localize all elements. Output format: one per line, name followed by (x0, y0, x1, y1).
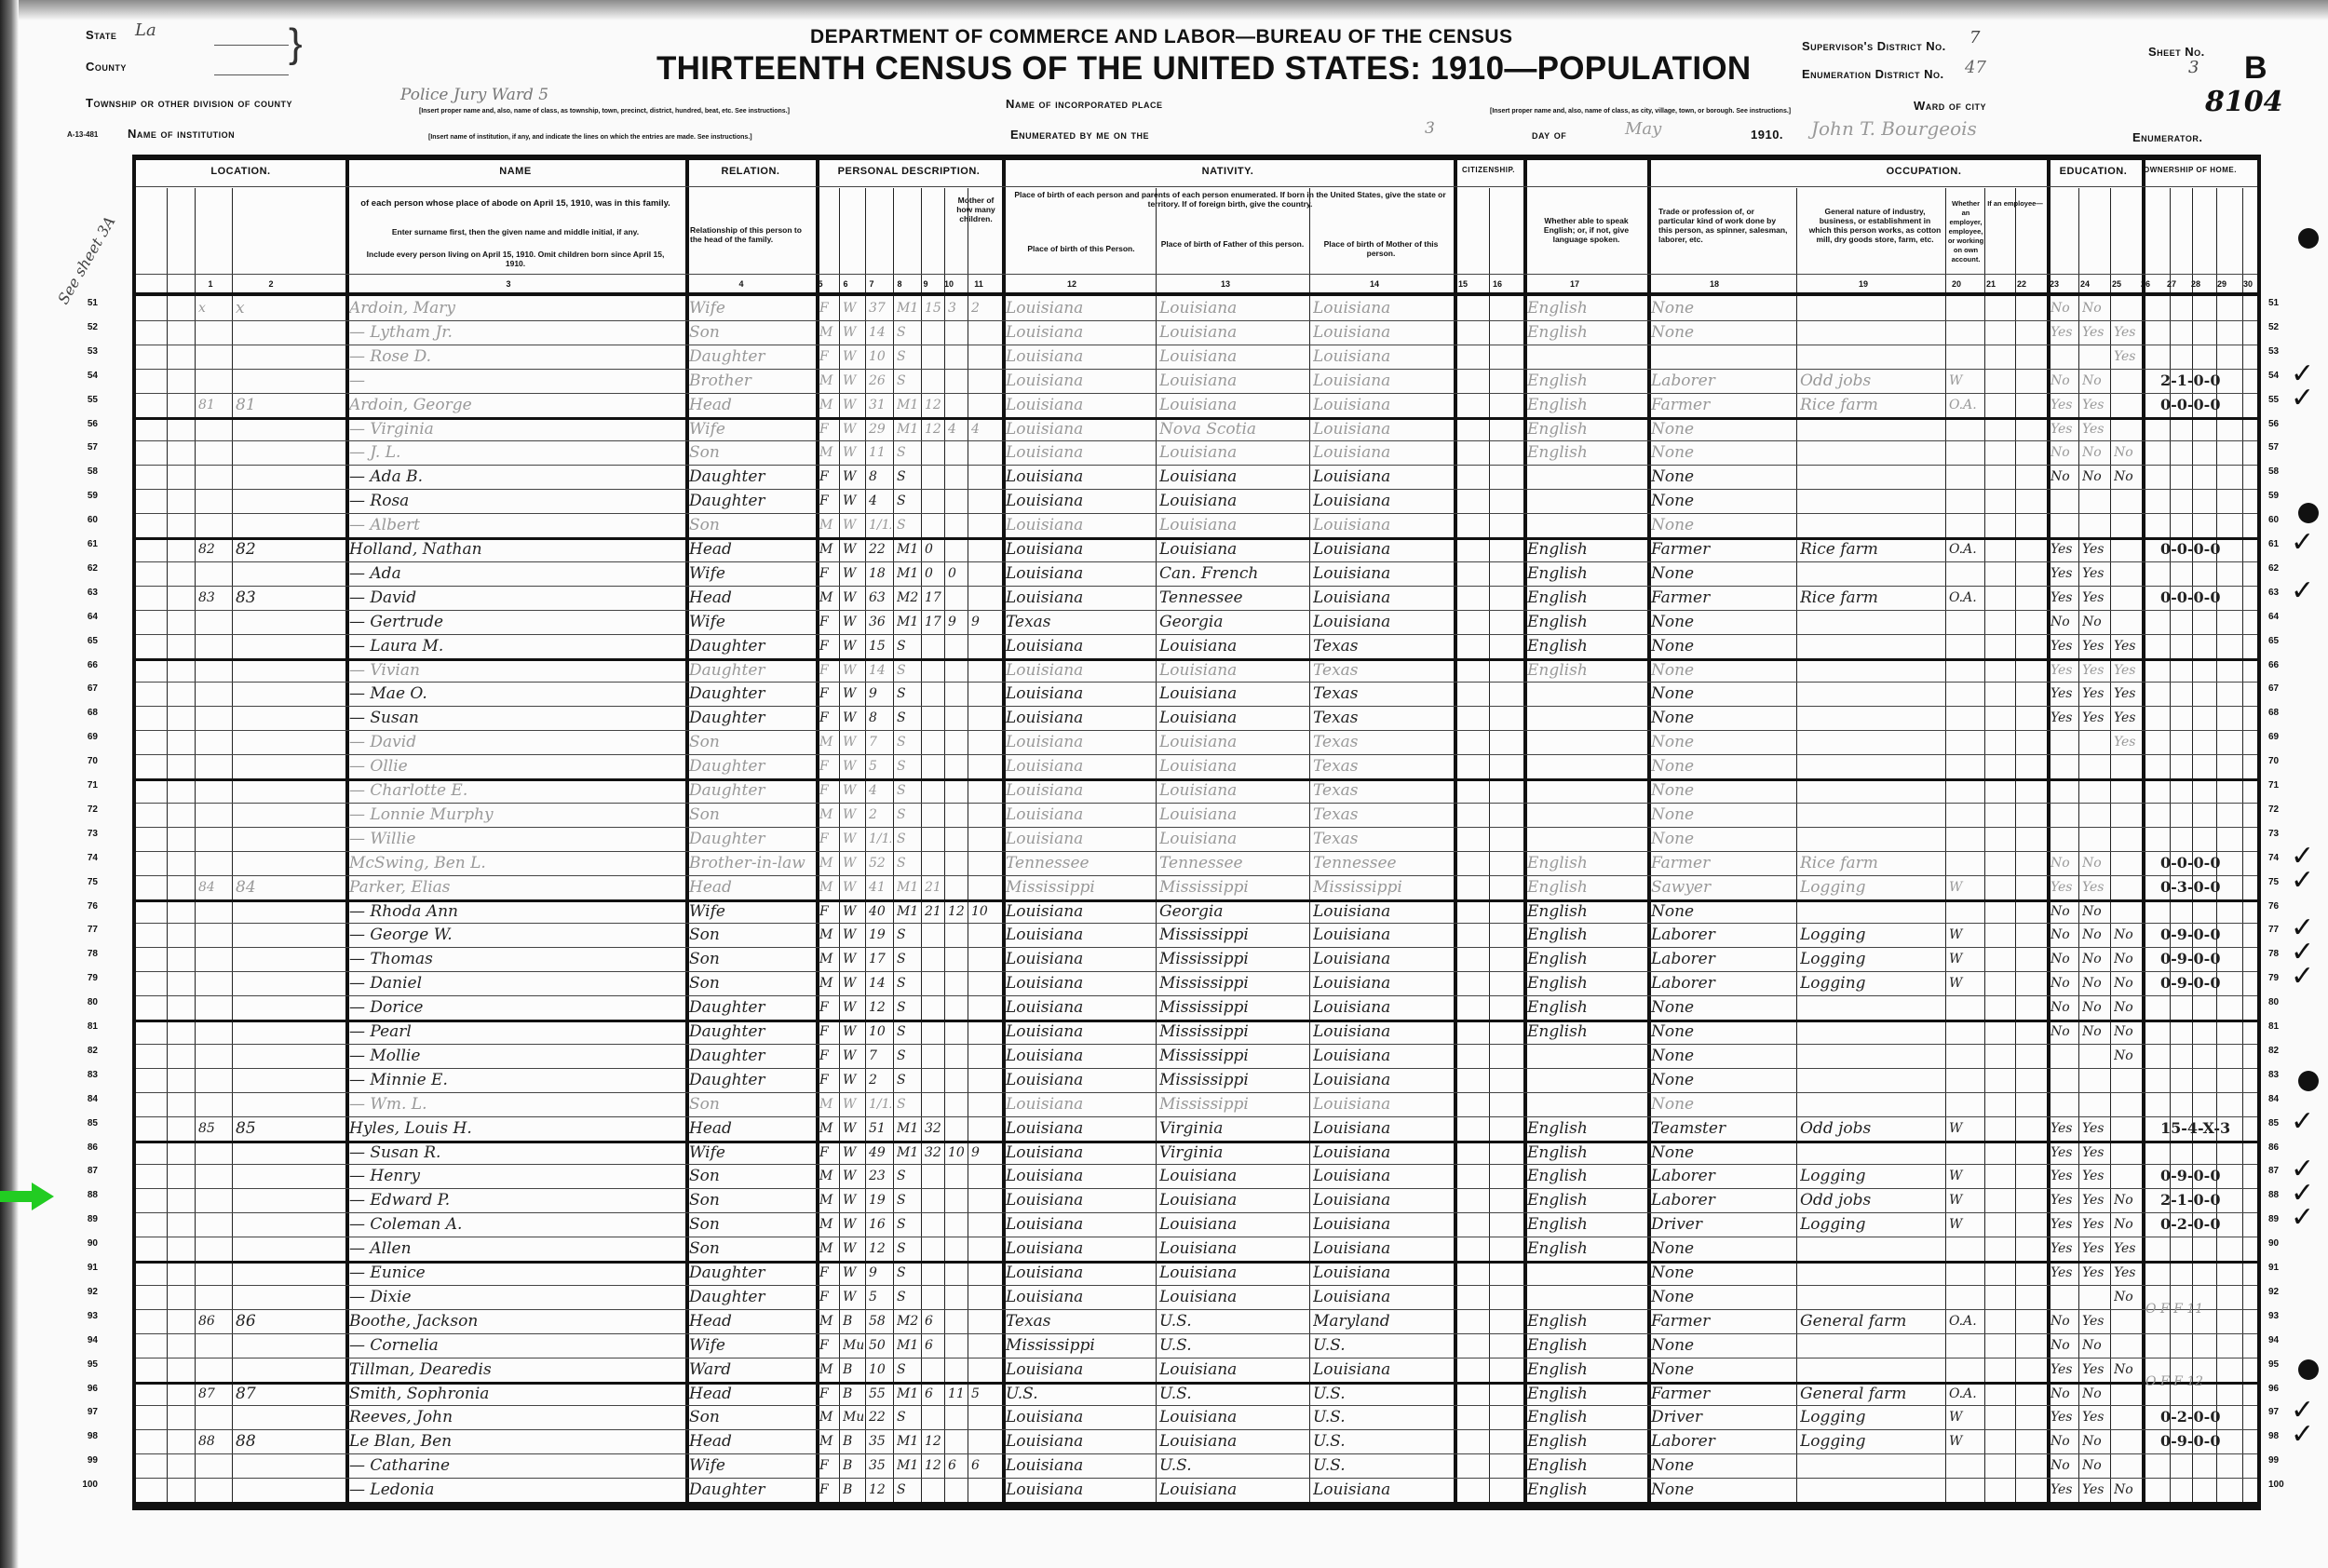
cell-write: Yes (2082, 682, 2108, 706)
line-number-left: 73 (70, 829, 98, 839)
cell-sex: F (819, 561, 837, 586)
cell-age: 55 (869, 1382, 891, 1406)
enumerated-day: 3 (1425, 119, 1435, 138)
cell-bp: Louisiana (1006, 417, 1154, 441)
line-number-left: 80 (70, 997, 98, 1007)
cell-name: Ardoin, Mary (349, 296, 684, 320)
cell-codes: 0-3-0-0 (2160, 875, 2220, 899)
cell-trade: None (1651, 706, 1794, 730)
cell-bpf: Mississippi (1159, 1068, 1307, 1092)
cell-age: 5 (869, 1285, 891, 1309)
cell-rel: Son (689, 1405, 814, 1429)
cell-race: W (843, 586, 863, 610)
cell-race: W (843, 634, 863, 658)
cell-name: Holland, Nathan (349, 537, 684, 561)
column-number: 26 (2132, 279, 2159, 289)
cell-bpm: Louisiana (1313, 1478, 1452, 1502)
column-divider (1984, 188, 1985, 1505)
cell-rel: Son (689, 440, 814, 465)
cell-race: W (843, 440, 863, 465)
cell-sex: F (819, 899, 837, 924)
cell-name: Tillman, Dearedis (349, 1358, 684, 1382)
cell-name: — David (349, 730, 684, 754)
cell-bp: Louisiana (1006, 754, 1154, 778)
cell-age: 37 (869, 296, 891, 320)
cell-bpf: Louisiana (1159, 1478, 1307, 1502)
cell-bpf: Louisiana (1159, 320, 1307, 345)
cell-rel: Head (689, 537, 814, 561)
cell-bp: Tennessee (1006, 851, 1154, 875)
cell-bpf: Louisiana (1159, 634, 1307, 658)
cell-trade: None (1651, 1478, 1794, 1502)
cell-ms: S (897, 1478, 919, 1502)
cell-bpm: Louisiana (1313, 440, 1452, 465)
cell-bp: Louisiana (1006, 1358, 1154, 1382)
cell-write: Yes (2082, 417, 2108, 441)
line-number-left: 60 (70, 515, 98, 525)
cell-lang: English (1527, 875, 1645, 899)
cell-rel: Son (689, 1212, 814, 1237)
cell-trade: None (1651, 1044, 1794, 1068)
cell-sex: M (819, 537, 837, 561)
cell-rel: Head (689, 1309, 814, 1333)
cell-lang: English (1527, 1212, 1645, 1237)
cell-ms: S (897, 369, 919, 393)
cell-bp: Louisiana (1006, 827, 1154, 851)
cell-bpf: Louisiana (1159, 537, 1307, 561)
cell-read: No (2051, 1020, 2077, 1044)
cell-bpm: Louisiana (1313, 417, 1452, 441)
cell-bpm: Texas (1313, 682, 1452, 706)
cell-trade: None (1651, 320, 1794, 345)
cell-name: Hyles, Louis H. (349, 1116, 684, 1141)
cell-emp: O.A. (1949, 537, 1983, 561)
cell-living: 9 (971, 1141, 1000, 1165)
cell-lang: English (1527, 995, 1645, 1020)
cell-age: 14 (869, 971, 891, 995)
cell-name: — (349, 369, 684, 393)
cell-age: 35 (869, 1453, 891, 1478)
cell-bp: Louisiana (1006, 1212, 1154, 1237)
cell-dw: 84 (198, 875, 230, 899)
line-number-left: 82 (70, 1046, 98, 1056)
cell-age: 16 (869, 1212, 891, 1237)
cell-lang: English (1527, 1405, 1645, 1429)
line-number-right: 90 (2268, 1238, 2296, 1249)
cell-race: W (843, 971, 863, 995)
cell-ms: S (897, 1358, 919, 1382)
line-number-right: 84 (2268, 1094, 2296, 1104)
employer-header: Whether an employer, employee, or workin… (1947, 199, 1984, 264)
cell-read: Yes (2051, 537, 2077, 561)
cell-trade: Sawyer (1651, 875, 1794, 899)
cell-bpm: U.S. (1313, 1429, 1452, 1453)
line-number-right: 62 (2268, 563, 2296, 574)
cell-bpf: U.S. (1159, 1333, 1307, 1358)
cell-school: No (2114, 1044, 2140, 1068)
cell-bpf: Louisiana (1159, 296, 1307, 320)
language-header: Whether able to speak English; or, if no… (1528, 216, 1644, 244)
cell-school: Yes (2114, 730, 2140, 754)
cell-trade: Farmer (1651, 393, 1794, 417)
county-line (214, 74, 289, 75)
cell-codes: 2-1-0-0 (2160, 1188, 2220, 1212)
cell-bp: Texas (1006, 1309, 1154, 1333)
cell-sex: F (819, 682, 837, 706)
line-number-left: 96 (70, 1384, 98, 1394)
cell-name: Ardoin, George (349, 393, 684, 417)
cell-trade: None (1651, 754, 1794, 778)
cell-bpm: U.S. (1313, 1333, 1452, 1358)
cell-trade: None (1651, 1141, 1794, 1165)
cell-name: — Susan R. (349, 1141, 684, 1165)
cell-yrs: 0 (925, 561, 942, 586)
cell-age: 58 (869, 1309, 891, 1333)
cell-sex: F (819, 465, 837, 489)
cell-lang: English (1527, 634, 1645, 658)
cell-bpf: Mississippi (1159, 875, 1307, 899)
cell-bpm: U.S. (1313, 1405, 1452, 1429)
name-instruction-2: Enter surname first, then the given name… (359, 227, 671, 237)
cell-yrs: 21 (925, 875, 942, 899)
cell-school: No (2114, 947, 2140, 971)
cell-ms: S (897, 320, 919, 345)
cell-school: Yes (2114, 634, 2140, 658)
cell-school: No (2114, 995, 2140, 1020)
cell-sex: M (819, 369, 837, 393)
cell-dw: 87 (198, 1382, 230, 1406)
cell-school: No (2114, 1212, 2140, 1237)
cell-rel: Ward (689, 1358, 814, 1382)
cell-trade: None (1651, 682, 1794, 706)
column-number: 2 (257, 279, 285, 289)
cell-trade: None (1651, 1261, 1794, 1285)
header-rule (136, 186, 2257, 187)
cell-ms: M1 (897, 417, 919, 441)
cell-bpf: Tennessee (1159, 851, 1307, 875)
cell-sex: M (819, 1237, 837, 1261)
cell-read: Yes (2051, 1164, 2077, 1188)
cell-age: 22 (869, 1405, 891, 1429)
cell-race: B (843, 1382, 863, 1406)
column-divider (195, 188, 196, 1505)
cell-name: — Mollie (349, 1044, 684, 1068)
cell-bpm: Louisiana (1313, 369, 1452, 393)
cell-fam: x (236, 296, 344, 320)
cell-age: 63 (869, 586, 891, 610)
cell-trade: Farmer (1651, 586, 1794, 610)
cell-born: 9 (948, 610, 966, 634)
cell-write: Yes (2082, 1309, 2108, 1333)
column-divider (1156, 188, 1157, 1505)
cell-ind: Logging (1800, 1212, 1943, 1237)
cell-write: No (2082, 1333, 2108, 1358)
cell-trade: None (1651, 1285, 1794, 1309)
line-number-left: 93 (70, 1311, 98, 1321)
line-number-left: 75 (70, 877, 98, 887)
cell-sex: M (819, 1358, 837, 1382)
section-ownership: OWNERSHIP OF HOME. (2144, 166, 2237, 174)
cell-race: W (843, 320, 863, 345)
line-number-right: 66 (2268, 660, 2296, 670)
cell-age: 26 (869, 369, 891, 393)
cell-rel: Son (689, 923, 814, 947)
cell-trade: None (1651, 995, 1794, 1020)
line-number-left: 88 (70, 1190, 98, 1200)
cell-sex: F (819, 1478, 837, 1502)
cell-bpm: Mississippi (1313, 875, 1452, 899)
cell-name: — Gertrude (349, 610, 684, 634)
cell-ms: S (897, 1020, 919, 1044)
cell-trade: Laborer (1651, 923, 1794, 947)
cell-name: — Dixie (349, 1285, 684, 1309)
cell-name: — Laura M. (349, 634, 684, 658)
cell-write: Yes (2082, 1478, 2108, 1502)
column-number: 30 (2234, 279, 2262, 289)
cell-bpm: Louisiana (1313, 1358, 1452, 1382)
cell-school: No (2114, 1358, 2140, 1382)
cell-read: No (2051, 995, 2077, 1020)
cell-trade: Laborer (1651, 1188, 1794, 1212)
scan-left-edge (0, 0, 19, 1568)
cell-ind: Odd jobs (1800, 1188, 1943, 1212)
column-number: 12 (1058, 279, 1086, 289)
column-divider (1796, 188, 1797, 1505)
cell-bpf: Louisiana (1159, 778, 1307, 803)
cell-bp: Louisiana (1006, 730, 1154, 754)
cell-age: 31 (869, 393, 891, 417)
cell-name: — Rhoda Ann (349, 899, 684, 924)
cell-name: — Lytham Jr. (349, 320, 684, 345)
cell-ms: S (897, 345, 919, 369)
cell-bpf: Louisiana (1159, 345, 1307, 369)
cell-write: No (2082, 851, 2108, 875)
cell-bp: Louisiana (1006, 1285, 1154, 1309)
cell-name: — Rose D. (349, 345, 684, 369)
cell-bpm: Louisiana (1313, 1164, 1452, 1188)
cell-bpf: Mississippi (1159, 923, 1307, 947)
cell-rel: Son (689, 971, 814, 995)
cell-read: No (2051, 369, 2077, 393)
cell-race: W (843, 393, 863, 417)
column-number: 1 (196, 279, 224, 289)
cell-fam: 86 (236, 1309, 344, 1333)
cell-bp: Louisiana (1006, 296, 1154, 320)
cell-bpf: Louisiana (1159, 1261, 1307, 1285)
line-number-left: 91 (70, 1263, 98, 1273)
cell-school: No (2114, 1188, 2140, 1212)
line-number-right: 52 (2268, 322, 2296, 332)
cell-bp: Louisiana (1006, 1405, 1154, 1429)
cell-dw: x (198, 296, 230, 320)
cell-age: 7 (869, 1044, 891, 1068)
cell-dw: 85 (198, 1116, 230, 1141)
cell-bp: Louisiana (1006, 537, 1154, 561)
line-number-right: 68 (2268, 708, 2296, 718)
cell-bpf: Can. French (1159, 561, 1307, 586)
cell-age: 12 (869, 1237, 891, 1261)
cell-ms: S (897, 971, 919, 995)
cell-bp: Louisiana (1006, 971, 1154, 995)
cell-bp: Louisiana (1006, 1453, 1154, 1478)
cell-trade: Farmer (1651, 1309, 1794, 1333)
cell-sex: M (819, 1405, 837, 1429)
cell-rel: Son (689, 1237, 814, 1261)
cell-fam: 88 (236, 1429, 344, 1453)
enumeration-label: Enumeration District No. (1802, 67, 1944, 81)
cell-lang: English (1527, 1309, 1645, 1333)
cell-lang: English (1527, 1478, 1645, 1502)
cell-bpf: Mississippi (1159, 1020, 1307, 1044)
cell-race: B (843, 1309, 863, 1333)
column-number: 17 (1561, 279, 1589, 289)
cell-ms: M2 (897, 586, 919, 610)
cell-ind: Logging (1800, 1405, 1943, 1429)
cell-bpf: Louisiana (1159, 1237, 1307, 1261)
enumeration-value: 47 (1965, 58, 1986, 77)
cell-name: — Wm. L. (349, 1092, 684, 1116)
cell-bp: Louisiana (1006, 440, 1154, 465)
cell-born: 4 (948, 417, 966, 441)
cell-ms: M1 (897, 1453, 919, 1478)
township-note: [Insert proper name and, also, name of c… (419, 108, 790, 115)
cell-read: No (2051, 296, 2077, 320)
cell-read: Yes (2051, 1141, 2077, 1165)
cell-race: W (843, 658, 863, 683)
line-number-left: 51 (70, 298, 98, 308)
column-divider (968, 188, 968, 1505)
cell-rel: Daughter (689, 658, 814, 683)
cell-ms: S (897, 1044, 919, 1068)
cell-write: Yes (2082, 706, 2108, 730)
cell-trade: None (1651, 561, 1794, 586)
line-number-right: 86 (2268, 1142, 2296, 1153)
cell-read: Yes (2051, 417, 2077, 441)
cell-read: No (2051, 610, 2077, 634)
cell-write: No (2082, 923, 2108, 947)
cell-lang: English (1527, 320, 1645, 345)
cell-rel: Head (689, 875, 814, 899)
cell-yrs: 12 (925, 1453, 942, 1478)
line-number-left: 72 (70, 804, 98, 815)
column-divider (944, 188, 945, 1505)
cell-bpf: Louisiana (1159, 513, 1307, 537)
cell-sex: M (819, 1429, 837, 1453)
cell-name: — Cornelia (349, 1333, 684, 1358)
cell-emp: W (1949, 1405, 1983, 1429)
cell-emp: O.A. (1949, 393, 1983, 417)
cell-codes: 0-0-0-0 (2160, 393, 2220, 417)
cell-sex: M (819, 971, 837, 995)
incorporated-place-label: Name of incorporated place (1006, 97, 1163, 111)
line-number-right: 94 (2268, 1335, 2296, 1345)
cell-race: W (843, 827, 863, 851)
column-number: 23 (2040, 279, 2068, 289)
line-number-right: 65 (2268, 636, 2296, 646)
cell-sex: F (819, 1333, 837, 1358)
cell-bp: Louisiana (1006, 634, 1154, 658)
cell-ms: S (897, 923, 919, 947)
cell-yrs: 32 (925, 1116, 942, 1141)
cell-sex: F (819, 345, 837, 369)
cell-age: 5 (869, 754, 891, 778)
cell-emp: W (1949, 1116, 1983, 1141)
cell-emp: O.A. (1949, 1309, 1983, 1333)
cell-age: 8 (869, 706, 891, 730)
cell-write: No (2082, 369, 2108, 393)
enumerated-month: May (1625, 119, 1661, 139)
cell-lang: English (1527, 658, 1645, 683)
cell-write: No (2082, 1429, 2108, 1453)
cell-sex: M (819, 1212, 837, 1237)
cell-age: 14 (869, 320, 891, 345)
cell-read: Yes (2051, 875, 2077, 899)
cell-name: Boothe, Jackson (349, 1309, 684, 1333)
cell-sex: F (819, 1141, 837, 1165)
cell-sex: M (819, 947, 837, 971)
name-instruction-3: Include every person living on April 15,… (359, 250, 671, 268)
cell-trade: None (1651, 417, 1794, 441)
column-divider (1489, 188, 1490, 1505)
column-number: 13 (1211, 279, 1239, 289)
line-number-left: 74 (70, 853, 98, 863)
cell-age: 29 (869, 417, 891, 441)
cell-lang: English (1527, 1333, 1645, 1358)
cell-read: No (2051, 1309, 2077, 1333)
cell-ind: Odd jobs (1800, 1116, 1943, 1141)
cell-ms: M1 (897, 561, 919, 586)
industry-header: General nature of industry, business, or… (1807, 207, 1942, 244)
cell-age: 14 (869, 658, 891, 683)
cell-bp: Louisiana (1006, 393, 1154, 417)
cell-trade: None (1651, 634, 1794, 658)
cell-race: W (843, 1092, 863, 1116)
cell-trade: None (1651, 778, 1794, 803)
cell-bpm: Texas (1313, 658, 1452, 683)
cell-bpf: Louisiana (1159, 393, 1307, 417)
cell-school: No (2114, 923, 2140, 947)
cell-name: — Minnie E. (349, 1068, 684, 1092)
cell-bpf: Mississippi (1159, 947, 1307, 971)
cell-emp: W (1949, 947, 1983, 971)
cell-trade: None (1651, 1020, 1794, 1044)
cell-age: 35 (869, 1429, 891, 1453)
cell-trade: Laborer (1651, 369, 1794, 393)
cell-write: Yes (2082, 1188, 2108, 1212)
sheet-value: 3 (2188, 58, 2199, 77)
cell-bpm: Texas (1313, 827, 1452, 851)
cell-name: — Coleman A. (349, 1212, 684, 1237)
cell-rel: Son (689, 1164, 814, 1188)
cell-name: — Ledonia (349, 1478, 684, 1502)
state-line (214, 45, 289, 46)
cell-bpf: Mississippi (1159, 971, 1307, 995)
cell-sex: M (819, 513, 837, 537)
cell-rel: Head (689, 1382, 814, 1406)
checkmark-icon: ✓ (2291, 960, 2314, 993)
cell-write: No (2082, 1453, 2108, 1478)
cell-name: — Rosa (349, 489, 684, 513)
cell-race: W (843, 947, 863, 971)
cell-trade: Farmer (1651, 537, 1794, 561)
cell-born: 3 (948, 296, 966, 320)
township-value: Police Jury Ward 5 (400, 86, 548, 104)
cell-bpf: Louisiana (1159, 730, 1307, 754)
cell-write: No (2082, 1020, 2108, 1044)
cell-rel: Head (689, 1429, 814, 1453)
cell-lang: English (1527, 296, 1645, 320)
cell-read: No (2051, 947, 2077, 971)
